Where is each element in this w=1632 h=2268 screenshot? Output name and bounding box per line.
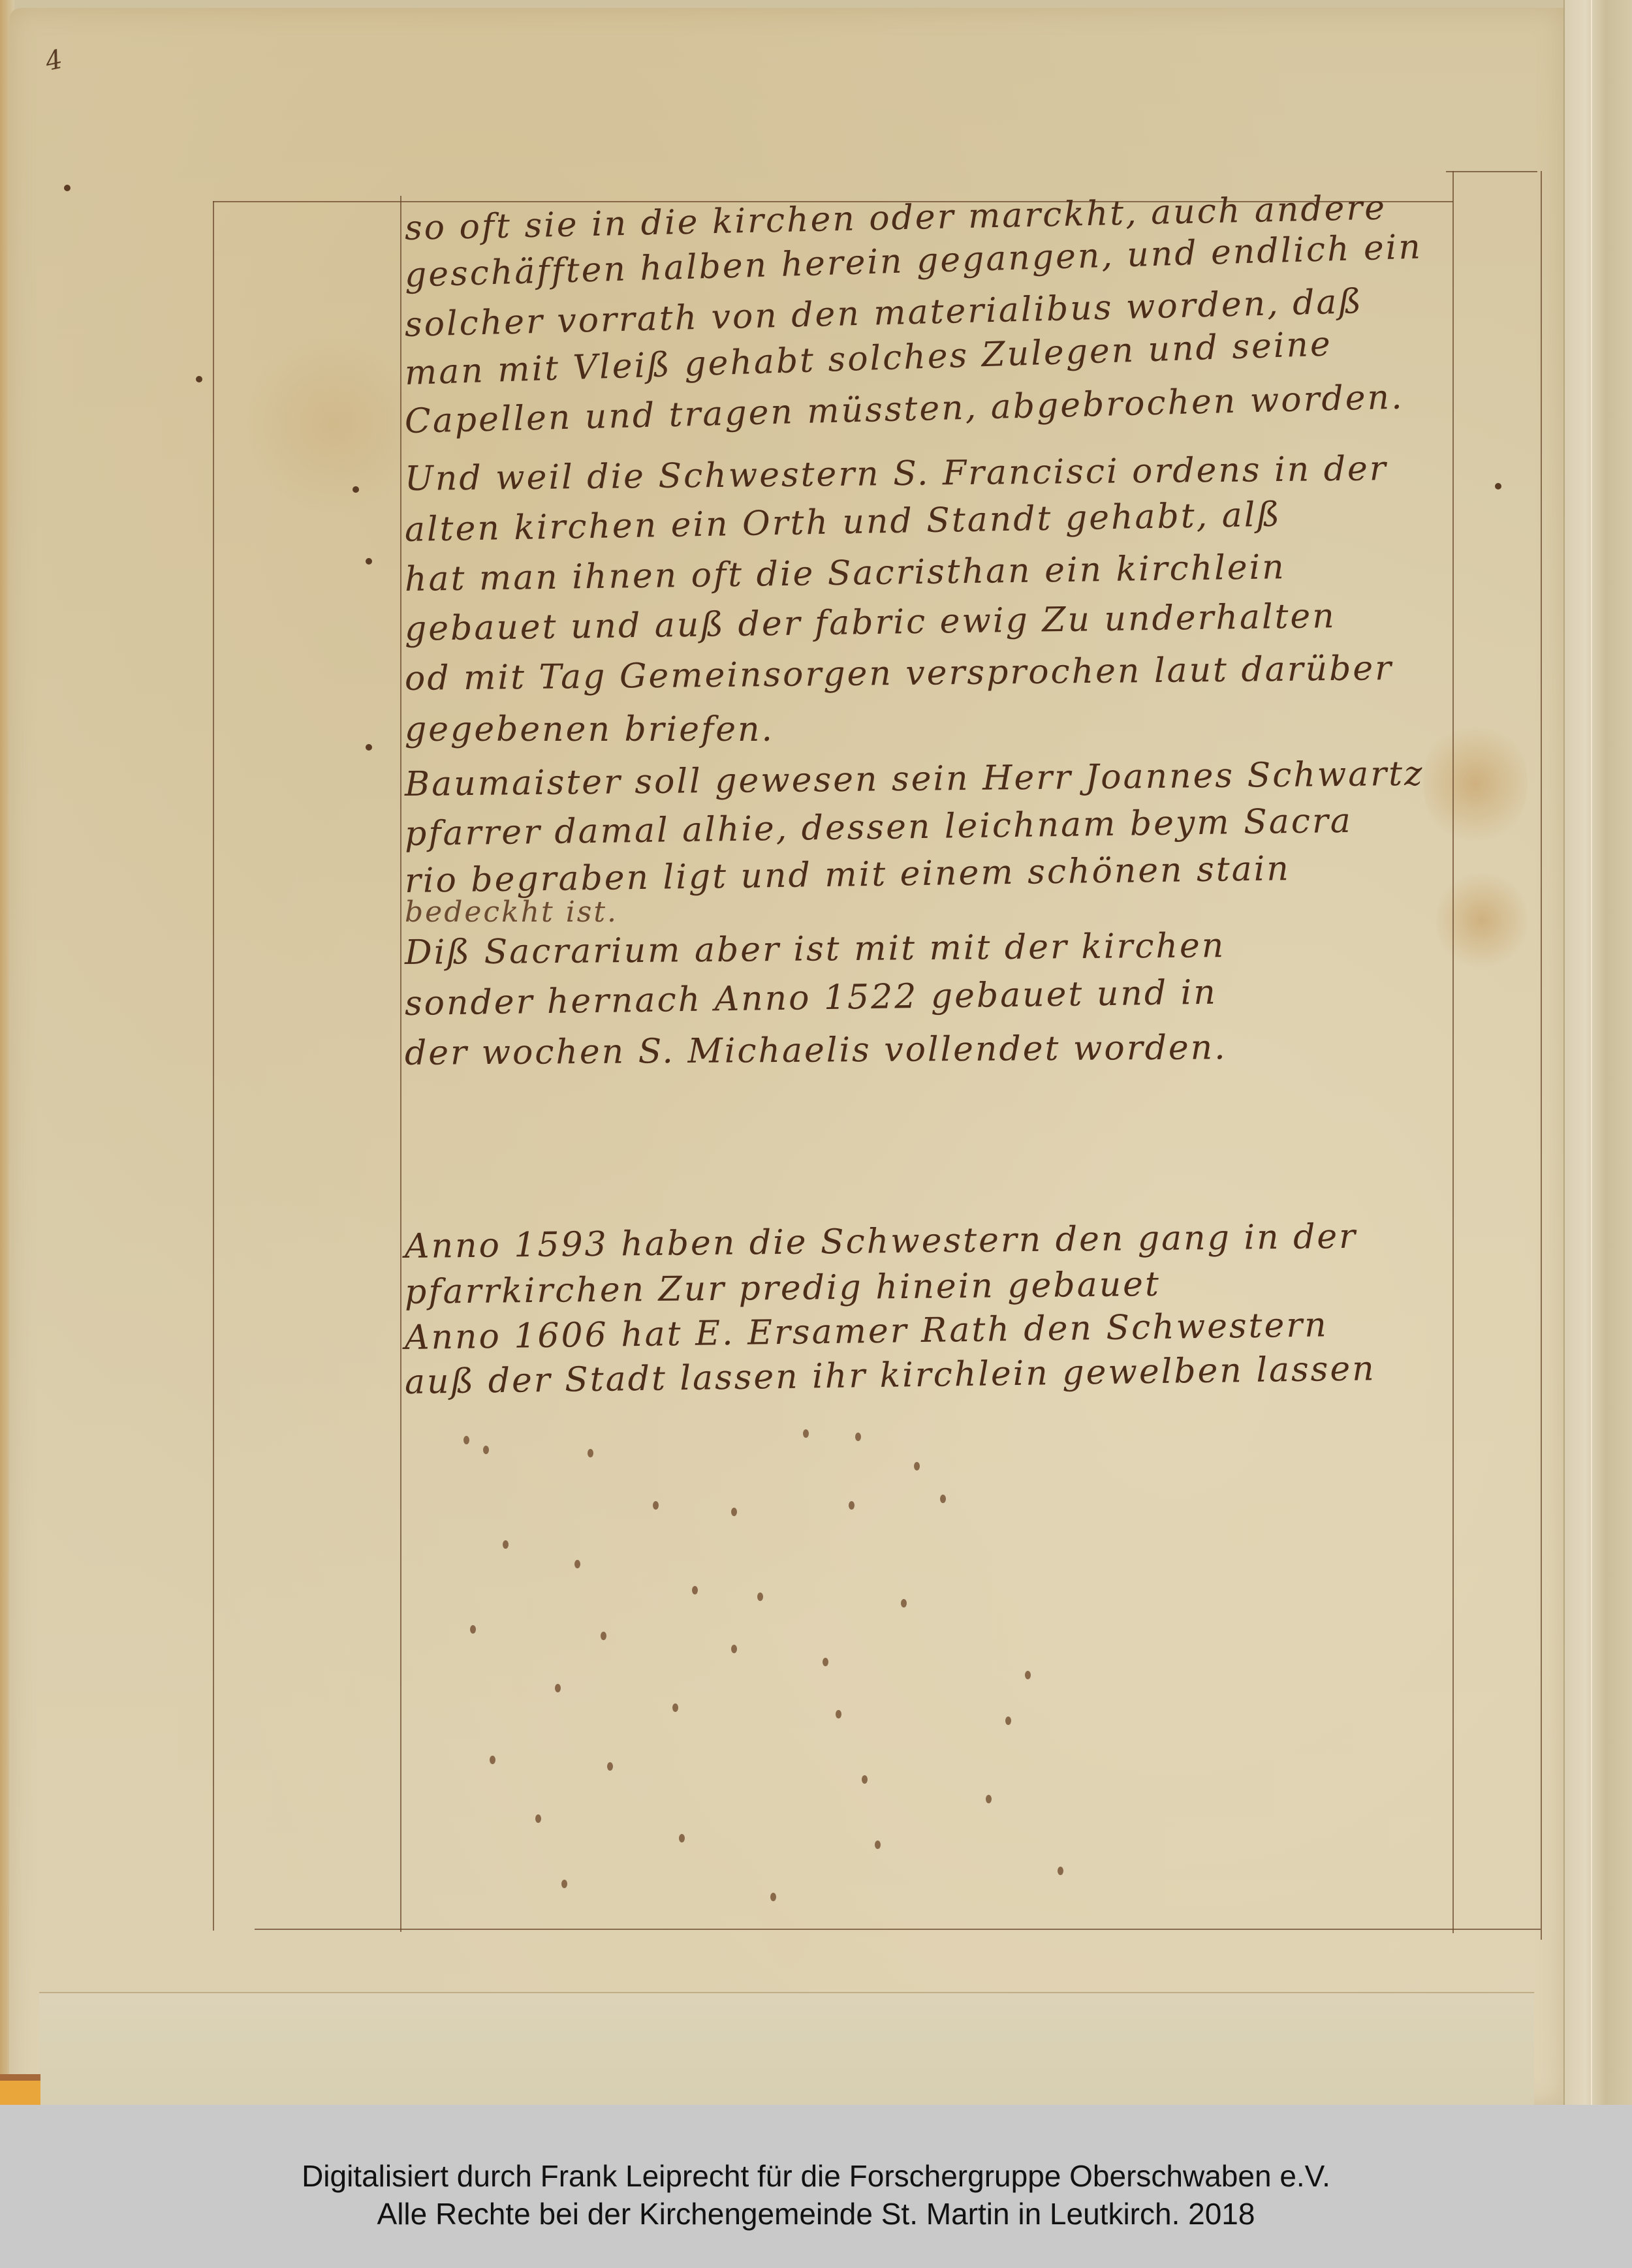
folded-lower-flap bbox=[39, 1992, 1534, 2105]
water-stain bbox=[1436, 868, 1528, 972]
manuscript-line: gegebenen briefen. bbox=[405, 710, 774, 749]
ink-bleed-through bbox=[405, 1410, 1449, 1919]
manuscript-line: pfarrkirchen Zur predig hinein gebauet bbox=[405, 1265, 1161, 1312]
water-stain bbox=[248, 326, 418, 522]
frame-left-inner-rule bbox=[400, 196, 401, 1932]
frame-right-inner-rule bbox=[1452, 171, 1454, 1933]
frame-bottom-rule bbox=[255, 1929, 1541, 1930]
ink-dot bbox=[64, 185, 71, 191]
ink-dot bbox=[366, 744, 372, 751]
copyright-caption: Digitalisiert durch Frank Leiprecht für … bbox=[0, 2105, 1632, 2268]
manuscript-line: der wochen S. Michaelis vollendet worden… bbox=[405, 1028, 1227, 1073]
manuscript-scan: 4 so oft sie in die kirchen oder marckht… bbox=[0, 0, 1632, 2105]
manuscript-line: Diß Sacrarium aber ist mit mit der kirch… bbox=[405, 926, 1226, 972]
ink-dot bbox=[366, 558, 372, 565]
ink-dot bbox=[353, 486, 359, 493]
ink-dot bbox=[1495, 483, 1501, 489]
frame-right-outer-rule bbox=[1541, 171, 1542, 1940]
book-block-edge bbox=[1563, 0, 1632, 2105]
caption-rights: Alle Rechte bei der Kirchengemeinde St. … bbox=[0, 2195, 1632, 2233]
orange-support-tab bbox=[0, 2074, 40, 2105]
ink-dot bbox=[196, 376, 202, 382]
water-stain bbox=[1423, 718, 1528, 848]
frame-top-right-rule bbox=[1446, 171, 1537, 172]
frame-left-outer-rule bbox=[213, 201, 214, 1931]
caption-digitized-by: Digitalisiert durch Frank Leiprecht für … bbox=[0, 2157, 1632, 2195]
manuscript-line: bedeckht ist. bbox=[405, 895, 618, 929]
